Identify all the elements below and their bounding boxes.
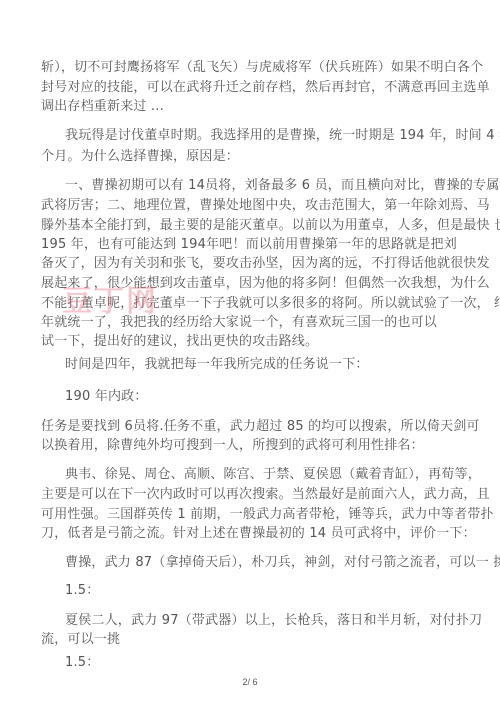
page-indicator: 2/ 6 (0, 677, 500, 687)
text-line: 主要是可以在下一次内政时可以再次搜索。当然最好是前面六人，武力高，且 (41, 487, 490, 503)
text-line: 任务是要找到 6员将.任务不重，武力超过 85 的均可以搜索，所以倚天剑可 (41, 419, 480, 435)
text-line: 展起来了，很少能想到攻击董卓，因为他的将多阿！但偶然一次我想，为什么 (41, 276, 490, 292)
text-line: 流，可以一挑 (41, 632, 120, 648)
text-line: 时间是四年，我就把每一年我所完成的任务说一下： (65, 357, 369, 373)
text-line: 滕外基本全能打到，最主要的是能灭董卓。以前以为用董卓，人多，但是最快 也到了 (41, 218, 500, 234)
text-line: 1.5： (65, 583, 99, 599)
text-line: 年就统一了，我把我的经历给大家说一个，有喜欢玩三国一的也可以 (41, 315, 437, 331)
text-line: 1.5： (65, 655, 99, 671)
text-line: 夏侯二人，武力 97（带武器）以上，长枪兵，落日和半月斩，对付扑刀 (65, 613, 482, 629)
text-line: 封号对应的技能，可以在武将升迁之前存档，然后再封官，不满意再回主选单 (41, 80, 490, 96)
text-line: 个月。为什么选择曹操，原因是： (41, 149, 239, 165)
text-line: 一、曹操初期可以有 14员将，刘备最多 6 员，而且横向对比，曹操的专属 (65, 178, 499, 194)
text-line: 190 年内政： (65, 389, 148, 405)
text-line: 195 年，也有可能达到 194年吧！而以前用曹操第一年的思路就是把刘 (41, 237, 457, 253)
text-line: 刀，低者是弓箭之流。针对上述在曹操最初的 14 员可武将中，评价一下： (41, 526, 476, 542)
text-line: 典韦、徐晃、周仓、高顺、陈宫、于禁、夏侯恩（戴着青缸），再荀等， (65, 467, 481, 483)
text-line: 备灭了，因为有关羽和张飞，要攻击孙坚，因为离的远，不打得话他就很快发 (41, 256, 490, 272)
text-line: 斩），切不可封鹰扬将军（乱飞矢）与虎威将军（伏兵班阵）如果不明白各个 (41, 60, 483, 76)
text-line: 调出存档重新来过 ... (41, 99, 164, 115)
text-line: 曹操，武力 87（拿掉倚天后），朴刀兵，神剑，对付弓箭之流者，可以一 挑 (65, 555, 500, 571)
text-line: 可用性强。三国群英传 1 前期，一般武力高者带枪，锤等兵，武力中等者带扑 (41, 507, 494, 523)
text-line: 武将厉害；二、地理位置，曹操处地图中央，攻击范围大，第一年除刘焉、马 (41, 198, 490, 214)
text-line: 以换着用，除曹纯外均可搜到一人，所搜到的武将可利用性排名： (41, 438, 424, 454)
text-line: 不能打董卓呢，打完董卓一下子我就可以多很多的将阿。所以就试验了一次， 结果 19… (41, 296, 500, 312)
text-line: 试一下，提出好的建议，找出更快的攻击路线。 (41, 334, 318, 350)
text-line: 我玩得是讨伐董卓时期。我选择用的是曹操，统一时期是 194 年，时间 4 年零 … (65, 128, 500, 144)
